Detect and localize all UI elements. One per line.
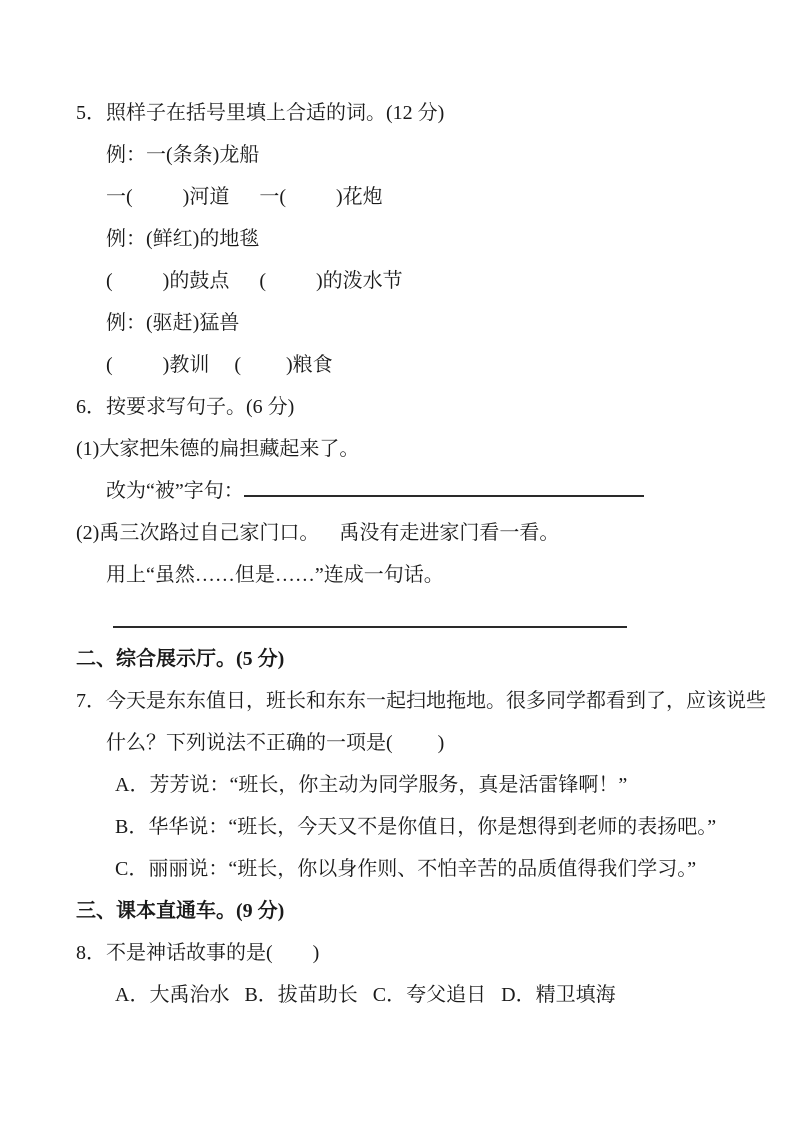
section-2-heading: 二、综合展示厅。(5 分): [76, 638, 763, 680]
q6-item-1: (1)大家把朱德的扁担藏起来了。: [76, 428, 763, 470]
q5-example-1: 例：一(条条)龙船: [76, 134, 763, 176]
q5-example-3: 例：(驱赶)猛兽: [76, 302, 763, 344]
question-8-text: 8．不是神话故事的是( ): [76, 932, 763, 974]
q6-item-2: (2)禹三次路过自己家门口。 禹没有走进家门看一看。: [76, 512, 763, 554]
q6-item-1-prompt-line: 改为“被”字句：: [76, 470, 763, 512]
q5-blank-row-2: ( )的鼓点 ( )的泼水节: [76, 260, 763, 302]
q8-options-row: A．大禹治水 B．拔苗助长 C．夸父追日 D．精卫填海: [76, 974, 763, 1016]
q5-blank-row-1: 一( )河道 一( )花炮: [76, 176, 763, 218]
question-5-title: 5．照样子在括号里填上合适的词。(12 分): [76, 92, 763, 134]
section-3-heading: 三、课本直通车。(9 分): [76, 890, 763, 932]
q7-option-c: C．丽丽说：“班长，你以身作则、不怕辛苦的品质值得我们学习。”: [76, 848, 763, 890]
worksheet-page: 5．照样子在括号里填上合适的词。(12 分) 例：一(条条)龙船 一( )河道 …: [0, 0, 793, 1122]
q6-item-2-answer-line: [113, 596, 627, 628]
q5-example-2: 例：(鲜红)的地毯: [76, 218, 763, 260]
q6-item-1-answer-blank: [244, 491, 644, 497]
question-6-title: 6．按要求写句子。(6 分): [76, 386, 763, 428]
q7-option-b: B．华华说：“班长，今天又不是你值日，你是想得到老师的表扬吧。”: [76, 806, 763, 848]
q6-item-2-prompt: 用上“虽然……但是……”连成一句话。: [76, 554, 763, 596]
q7-option-a: A．芳芳说：“班长，你主动为同学服务，真是活雷锋啊！”: [76, 764, 763, 806]
q6-item-1-prompt: 改为“被”字句：: [106, 480, 244, 502]
question-7-text-line-2: 什么？下列说法不正确的一项是( ): [76, 722, 763, 764]
question-7-text-line-1: 7．今天是东东值日，班长和东东一起扫地拖地。很多同学都看到了，应该说些: [76, 680, 763, 722]
q5-blank-row-3: ( )教训 ( )粮食: [76, 344, 763, 386]
